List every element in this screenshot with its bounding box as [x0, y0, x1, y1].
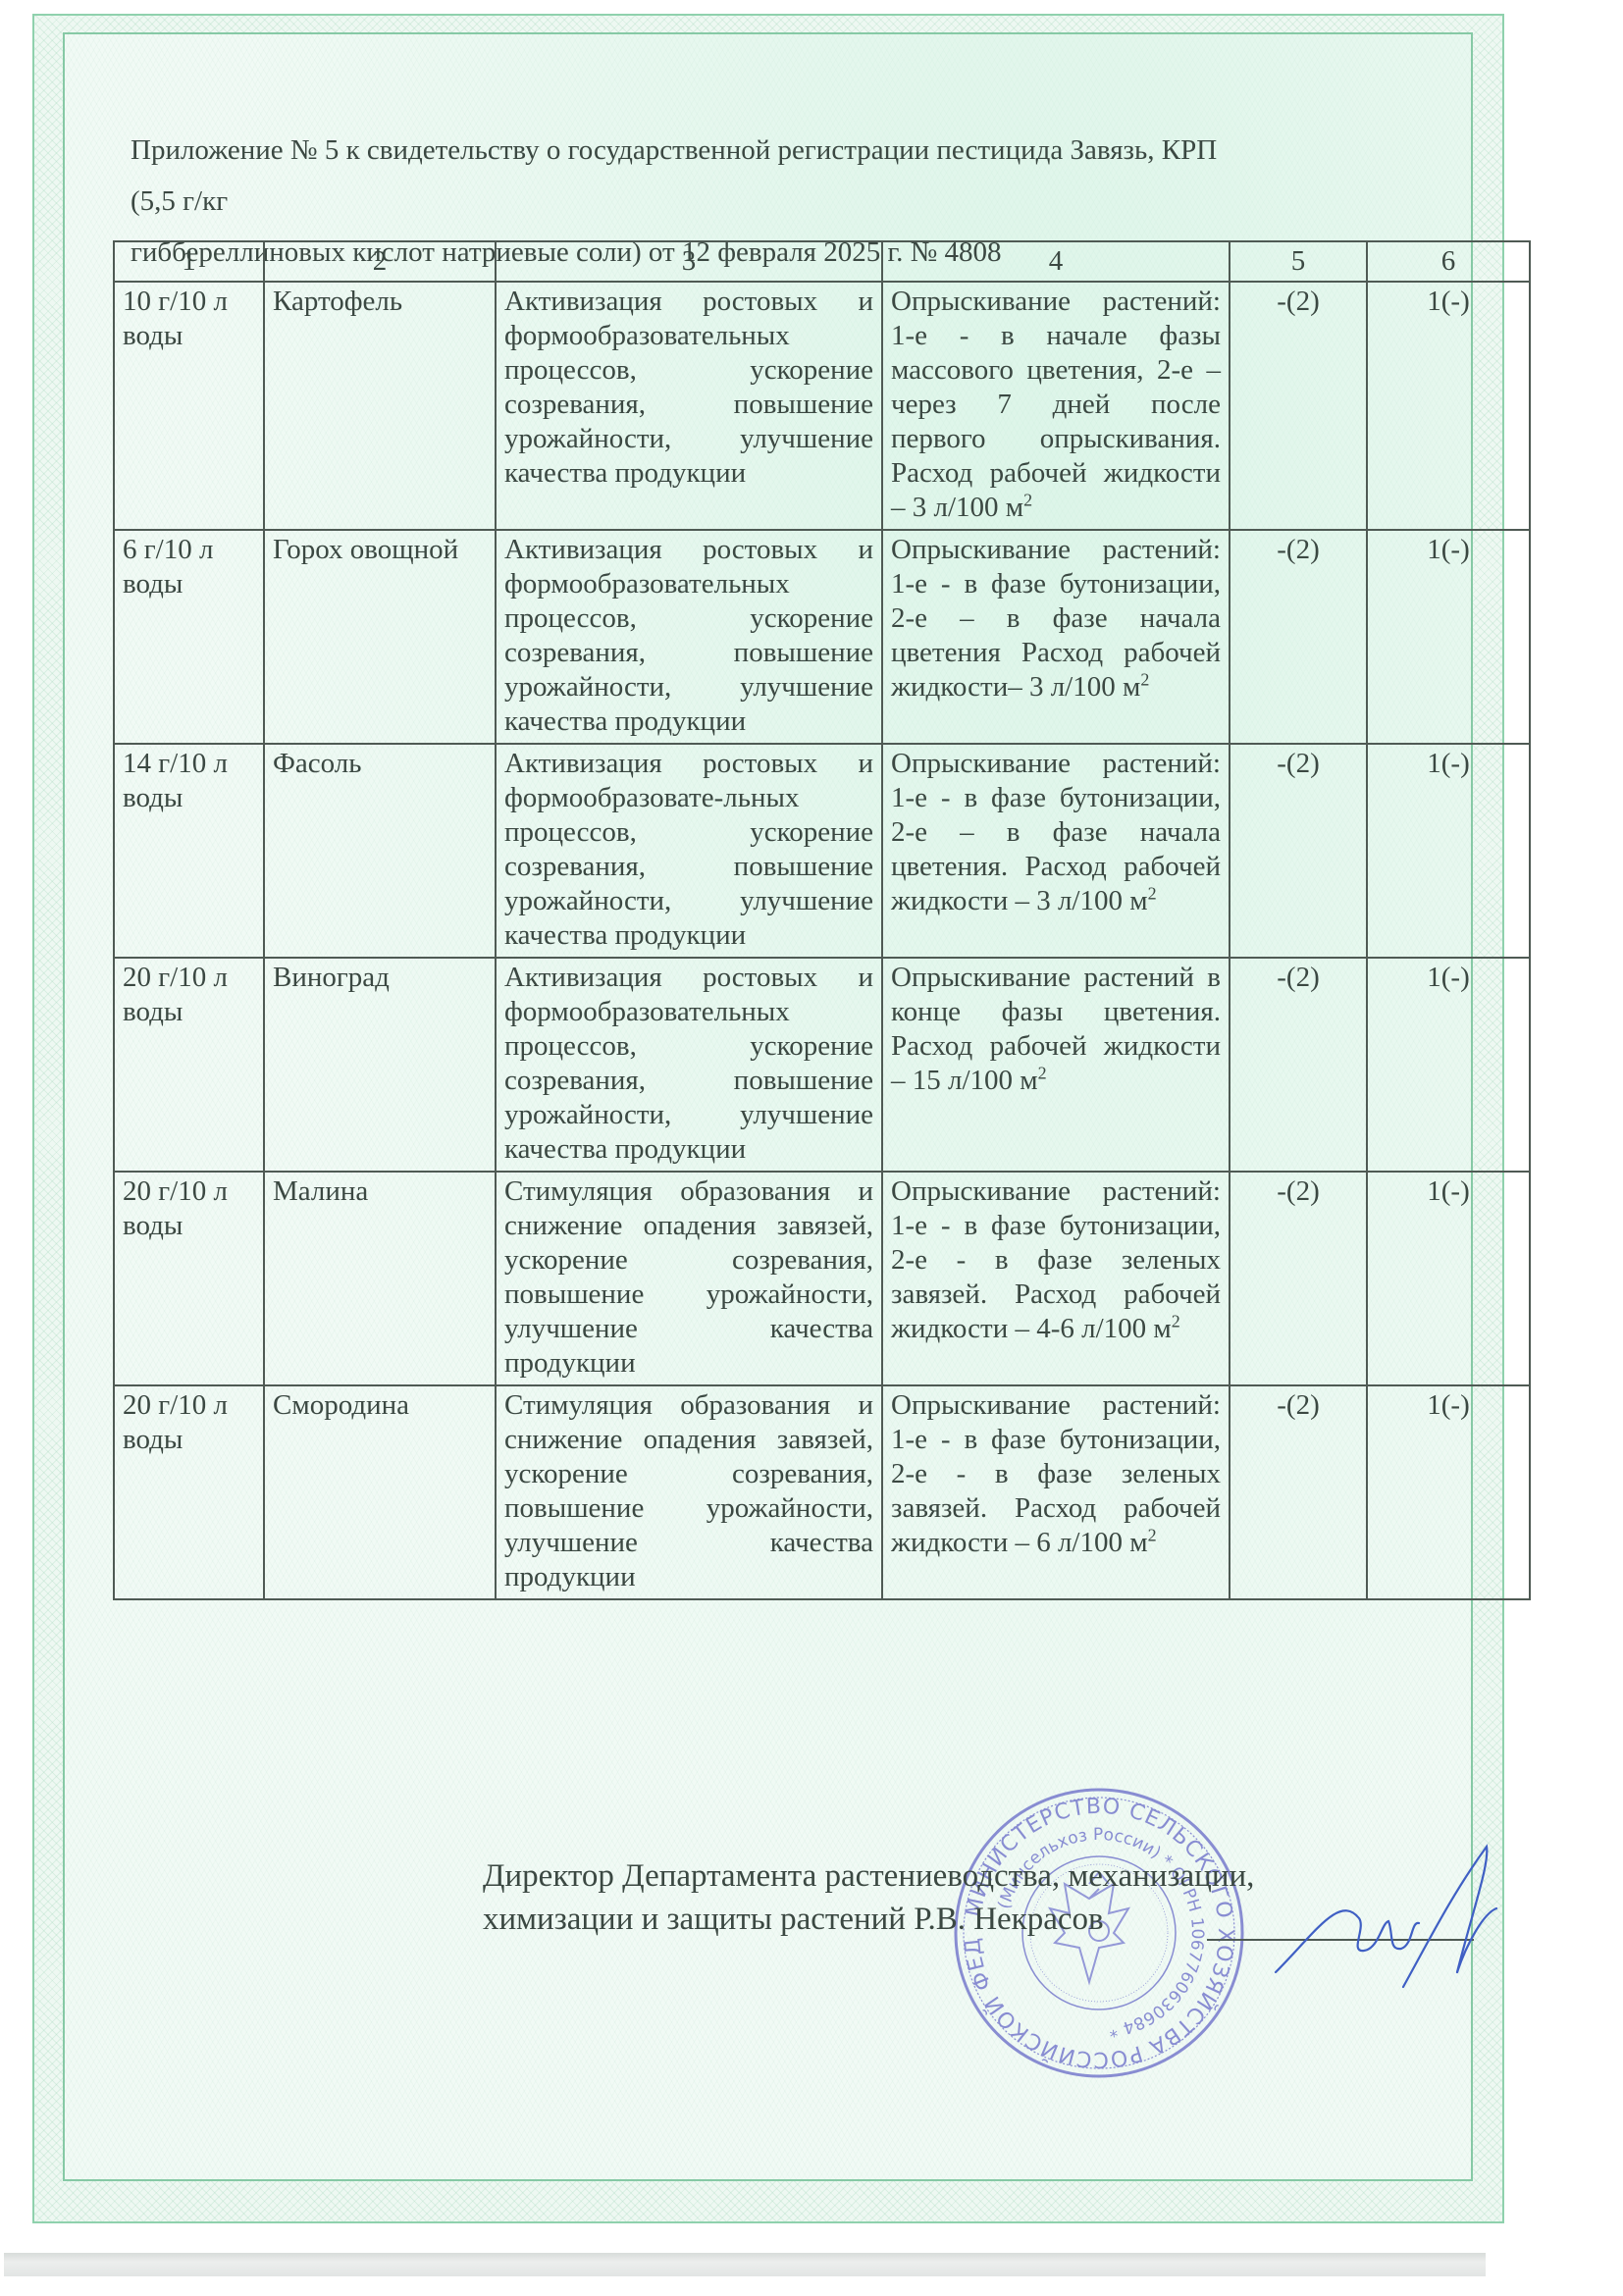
cell-application-method: Опрыскивание растений: 1-е - в фазе буто…	[882, 530, 1230, 744]
table-row: 6 г/10 л водыГорох овощнойАктивизация ро…	[114, 530, 1530, 744]
cell-crop: Горох овощной	[264, 530, 496, 744]
column-header: 1	[114, 241, 264, 282]
cell-purpose: Активизация ростовых и формообразовате-л…	[496, 744, 882, 958]
cell-col6: 1(-)	[1367, 1385, 1530, 1599]
cell-col5: -(2)	[1230, 958, 1367, 1172]
table-row: 14 г/10 л водыФасольАктивизация ростовых…	[114, 744, 1530, 958]
cell-application-rate: 20 г/10 л воды	[114, 1385, 264, 1599]
table-row: 20 г/10 л водыМалинаСтимуляция образован…	[114, 1172, 1530, 1385]
cell-col6: 1(-)	[1367, 958, 1530, 1172]
column-header: 2	[264, 241, 496, 282]
cell-crop: Смородина	[264, 1385, 496, 1599]
cell-purpose: Стимуляция образования и снижение опаден…	[496, 1172, 882, 1385]
cell-application-method: Опрыскивание растений: 1-е - в фазе буто…	[882, 1385, 1230, 1599]
cell-application-method: Опрыскивание растений: 1-е - в фазе буто…	[882, 744, 1230, 958]
column-header: 3	[496, 241, 882, 282]
header-line-1: Приложение № 5 к свидетельству о государ…	[131, 125, 1249, 227]
cell-col5: -(2)	[1230, 744, 1367, 958]
cell-col6: 1(-)	[1367, 1172, 1530, 1385]
signature-block: Директор Департамента растениеводства, м…	[483, 1854, 1254, 1941]
cell-col6: 1(-)	[1367, 282, 1530, 530]
cell-col5: -(2)	[1230, 1385, 1367, 1599]
cell-col6: 1(-)	[1367, 744, 1530, 958]
scan-edge	[4, 2253, 1486, 2276]
table-row: 20 г/10 л водыСмородинаСтимуляция образо…	[114, 1385, 1530, 1599]
cell-application-rate: 6 г/10 л воды	[114, 530, 264, 744]
cell-application-method: Опрыскивание растений: 1-е - в начале фа…	[882, 282, 1230, 530]
cell-col5: -(2)	[1230, 282, 1367, 530]
cell-purpose: Активизация ростовых и формообразователь…	[496, 958, 882, 1172]
table-header-row: 1 2 3 4 5 6	[114, 241, 1530, 282]
table-row: 20 г/10 л водыВиноградАктивизация ростов…	[114, 958, 1530, 1172]
cell-purpose: Стимуляция образования и снижение опаден…	[496, 1385, 882, 1599]
cell-col6: 1(-)	[1367, 530, 1530, 744]
column-header: 5	[1230, 241, 1367, 282]
signatory-title-line-1: Директор Департамента растениеводства, м…	[483, 1854, 1254, 1898]
cell-application-rate: 10 г/10 л воды	[114, 282, 264, 530]
cell-application-method: Опрыскивание растений: 1-е - в фазе буто…	[882, 1172, 1230, 1385]
signatory-title-line-2: химизации и защиты растений Р.В. Некрасо…	[483, 1898, 1254, 1941]
cell-purpose: Активизация ростовых и формообразователь…	[496, 282, 882, 530]
cell-purpose: Активизация ростовых и формообразователь…	[496, 530, 882, 744]
handwritten-signature-icon	[1256, 1825, 1511, 1992]
cell-application-rate: 20 г/10 л воды	[114, 958, 264, 1172]
cell-col5: -(2)	[1230, 1172, 1367, 1385]
cell-crop: Фасоль	[264, 744, 496, 958]
cell-application-method: Опрыскивание растений в конце фазы цвете…	[882, 958, 1230, 1172]
registration-table: 1 2 3 4 5 6 10 г/10 л водыКартофельАктив…	[113, 240, 1531, 1600]
cell-application-rate: 14 г/10 л воды	[114, 744, 264, 958]
cell-crop: Картофель	[264, 282, 496, 530]
cell-application-rate: 20 г/10 л воды	[114, 1172, 264, 1385]
cell-col5: -(2)	[1230, 530, 1367, 744]
cell-crop: Виноград	[264, 958, 496, 1172]
table-row: 10 г/10 л водыКартофельАктивизация росто…	[114, 282, 1530, 530]
cell-crop: Малина	[264, 1172, 496, 1385]
column-header: 6	[1367, 241, 1530, 282]
column-header: 4	[882, 241, 1230, 282]
